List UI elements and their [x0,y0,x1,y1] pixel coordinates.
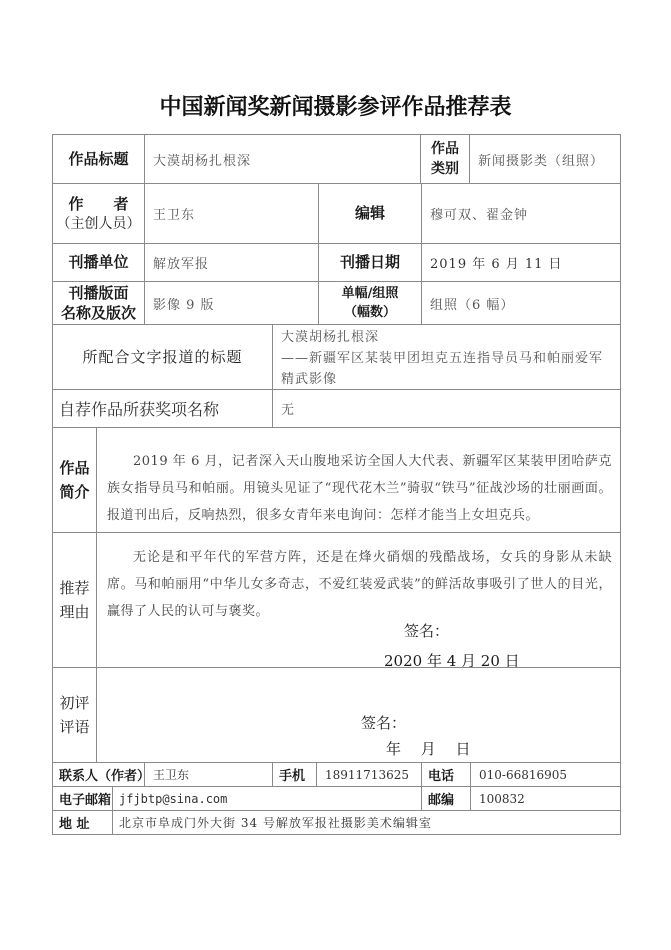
phone-label-text: 电话 [428,765,454,784]
accompanying-headline-label-text: 所配合文字报道的标题 [82,347,242,367]
author-label-line1: 作 者 [68,194,128,214]
contact-person-text: 王卫东 [153,766,189,783]
preliminary-review-label: 初评 评语 [52,667,97,763]
page-section-value[interactable]: 影像 9 版 [144,281,319,325]
author-value[interactable]: 王卫东 [144,183,319,244]
summary-text-area[interactable]: 2019 年 6 月，记者深入天山腹地采访全国人大代表、新疆军区某装甲团哈萨克族… [96,427,621,533]
recommendation-text: 无论是和平年代的军营方阵，还是在烽火硝烟的残酷战场，女兵的身影从未缺席。马和帕丽… [107,550,612,619]
address-label: 地 址 [52,810,113,835]
recommendation-text-area[interactable]: 无论是和平年代的军营方阵，还是在烽火硝烟的残酷战场，女兵的身影从未缺席。马和帕丽… [96,532,621,668]
editor-label: 编辑 [318,183,422,244]
preliminary-review-date-placeholder: 年 月 日 [386,738,471,759]
accompanying-headline-value[interactable]: 大漠胡杨扎根深 ——新疆军区某装甲团坦克五连指导员马和帕丽爱军精武影像 [272,324,621,390]
email-value[interactable]: jfjbtp@sina.com [112,786,422,811]
mobile-label: 手机 [272,762,317,787]
page-section-text: 影像 9 版 [153,294,215,313]
summary-text: 2019 年 6 月，记者深入天山腹地采访全国人大代表、新疆军区某装甲团哈萨克族… [107,454,612,523]
single-or-group-value[interactable]: 组照（6 幅） [421,281,621,325]
summary-label-line1: 作品 [59,456,89,480]
address-text: 北京市阜成门外大街 34 号解放军报社摄影美术编辑室 [119,814,432,831]
preliminary-review-label-line2: 评语 [59,715,89,739]
preliminary-review-label-line1: 初评 [59,691,89,715]
accompanying-headline-line1: 大漠胡杨扎根深 [281,327,612,348]
preliminary-review-area[interactable] [96,667,621,763]
work-title-label-text: 作品标题 [68,149,128,169]
publish-date-label-text: 刊播日期 [340,252,400,272]
author-text: 王卫东 [153,204,195,223]
publisher-label: 刊播单位 [52,243,145,282]
page-title: 中国新闻奖新闻摄影参评作品推荐表 [0,90,671,121]
work-category-text: 新闻摄影类（组照） [478,150,604,169]
phone-text: 010-66816905 [479,768,567,782]
contact-person-label-text: 联系人（作者） [59,765,144,784]
accompanying-headline-label: 所配合文字报道的标题 [52,324,273,390]
editor-value[interactable]: 穆可双、翟金钟 [421,183,621,244]
publisher-label-text: 刊播单位 [68,252,128,272]
contact-person-value[interactable]: 王卫东 [144,762,273,787]
mobile-value[interactable]: 18911713625 [316,762,422,787]
single-or-group-text: 组照（6 幅） [430,294,514,313]
work-category-label: 作品 类别 [420,134,470,184]
preliminary-review-signature-label: 签名： [361,712,406,733]
single-or-group-label-line2: （幅数） [344,303,396,322]
recommendation-signature-label: 签名： [404,620,449,641]
summary-label: 作品 简介 [52,427,97,533]
work-category-label-line1: 作品 [431,139,459,159]
publish-date-value[interactable]: 2019 年 6 月 11 日 [421,243,621,282]
work-category-value[interactable]: 新闻摄影类（组照） [469,134,621,184]
recommendation-label: 推荐 理由 [52,532,97,668]
address-label-text: 地 址 [59,813,90,832]
publisher-text: 解放军报 [153,253,209,272]
publish-date-label: 刊播日期 [318,243,422,282]
recommendation-label-line2: 理由 [59,600,89,624]
recommendation-label-line1: 推荐 [59,576,89,600]
editor-label-text: 编辑 [355,203,385,223]
publisher-value[interactable]: 解放军报 [144,243,319,282]
email-label: 电子邮箱 [52,786,113,811]
awards-value[interactable]: 无 [272,389,621,428]
address-value[interactable]: 北京市阜成门外大街 34 号解放军报社摄影美术编辑室 [112,810,621,835]
page-section-label-line1: 刊播版面 [68,283,128,303]
summary-label-line2: 简介 [59,480,89,504]
author-label: 作 者 （主创人员） [52,183,145,244]
email-text: jfjbtp@sina.com [119,792,227,806]
phone-value[interactable]: 010-66816905 [470,762,621,787]
work-title-value[interactable]: 大漠胡杨扎根深 [144,134,421,184]
contact-person-label: 联系人（作者） [52,762,145,787]
work-title-label: 作品标题 [52,134,145,184]
awards-label-text: 自荐作品所获奖项名称 [59,397,219,420]
single-or-group-label: 单幅/组照 （幅数） [318,281,422,325]
phone-label: 电话 [421,762,471,787]
mobile-label-text: 手机 [279,765,305,784]
postcode-text: 100832 [479,792,525,806]
publish-date-text: 2019 年 6 月 11 日 [430,253,563,272]
postcode-label: 邮编 [421,786,471,811]
awards-text: 无 [281,399,295,418]
postcode-label-text: 邮编 [428,789,454,808]
mobile-text: 18911713625 [325,768,409,782]
awards-label: 自荐作品所获奖项名称 [52,389,273,428]
accompanying-headline-line2: ——新疆军区某装甲团坦克五连指导员马和帕丽爱军精武影像 [281,348,612,390]
email-label-text: 电子邮箱 [59,789,111,808]
page-section-label: 刊播版面 名称及版次 [52,281,145,325]
work-title-text: 大漠胡杨扎根深 [153,150,251,169]
postcode-value[interactable]: 100832 [470,786,621,811]
author-label-line2: （主创人员） [57,214,141,234]
editor-text: 穆可双、翟金钟 [430,204,528,223]
work-category-label-line2: 类别 [431,159,459,179]
page-section-label-line2: 名称及版次 [61,303,136,323]
single-or-group-label-line1: 单幅/组照 [342,284,399,303]
